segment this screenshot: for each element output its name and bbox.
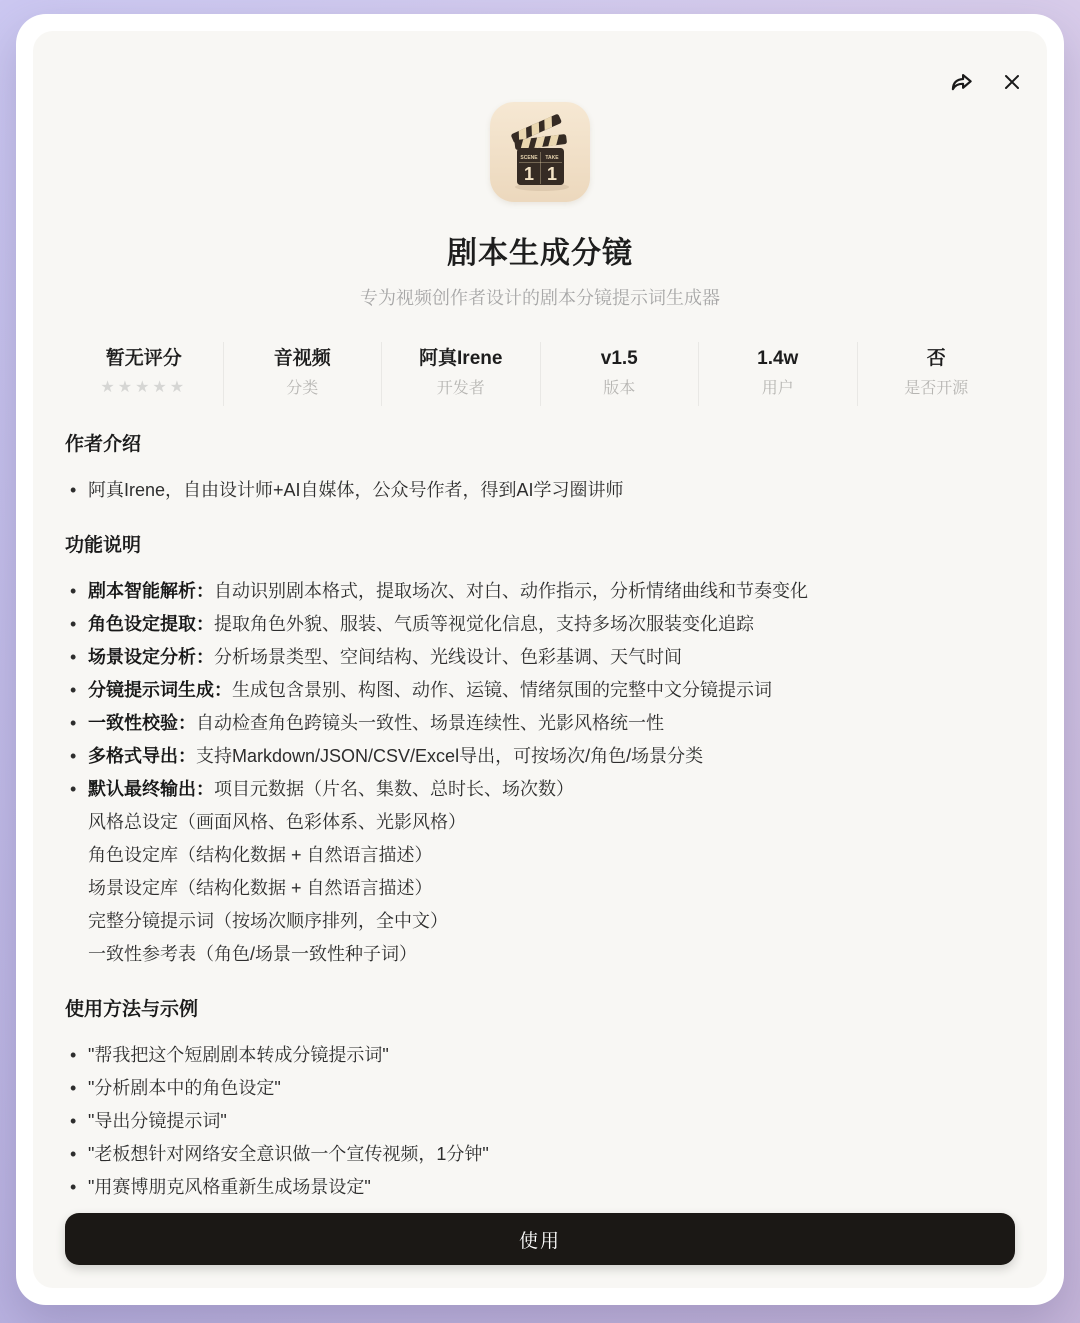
category-label: 分类	[224, 378, 382, 400]
app-detail-panel: SCENE TAKE 1 1 剧本生成分镜 专为视频创作者设计的剧本分镜提示词生…	[33, 31, 1047, 1288]
list-item: •"分析剧本中的角色设定"	[65, 1072, 1015, 1105]
bullet-dot: •	[70, 1138, 76, 1171]
list-item: •阿真Irene，自由设计师+AI自媒体，公众号作者，得到AI学习圈讲师	[65, 474, 1015, 507]
feature-sub-text: 一致性参考表（角色/场景一致性种子词）	[88, 944, 417, 964]
feature-title: 剧本智能解析：	[88, 581, 214, 601]
author-item-text: 阿真Irene，自由设计师+AI自媒体，公众号作者，得到AI学习圈讲师	[88, 480, 624, 500]
bullet-dot: •	[70, 1039, 76, 1072]
feature-text: 提取角色外貌、服装、气质等视觉化信息，支持多场次服装变化追踪	[214, 614, 754, 634]
close-button[interactable]	[997, 67, 1027, 97]
feature-text: 支持Markdown/JSON/CSV/Excel导出，可按场次/角色/场景分类	[196, 746, 703, 766]
feature-title: 角色设定提取：	[88, 614, 214, 634]
list-item: •"导出分镜提示词"	[65, 1105, 1015, 1138]
close-icon	[1000, 70, 1024, 94]
bullet-dot: •	[70, 1072, 76, 1105]
icon-take-label: TAKE	[545, 155, 559, 161]
open-source-label: 是否开源	[858, 378, 1016, 400]
stats-row: 暂无评分 ★★★★★ 音视频 分类 阿真Irene 开发者 v1.5 版本 1.…	[65, 342, 1015, 406]
share-forward-icon	[949, 69, 975, 95]
bullet-dot: •	[70, 740, 76, 773]
open-source-value: 否	[858, 346, 1016, 372]
feature-text: 项目元数据（片名、集数、总时长、场次数）	[214, 779, 574, 799]
use-button[interactable]: 使用	[65, 1213, 1015, 1265]
usage-item-text: "老板想针对网络安全意识做一个宣传视频，1分钟"	[88, 1144, 489, 1164]
stat-developer: 阿真Irene 开发者	[382, 342, 541, 406]
stat-version: v1.5 版本	[541, 342, 700, 406]
modal-actions	[947, 67, 1027, 97]
category-value: 音视频	[224, 346, 382, 372]
feature-title: 场景设定分析：	[88, 647, 214, 667]
list-item: •剧本智能解析：自动识别剧本格式，提取场次、对白、动作指示，分析情绪曲线和节奏变…	[65, 575, 1015, 608]
feature-title: 多格式导出：	[88, 746, 196, 766]
stat-users: 1.4w 用户	[699, 342, 858, 406]
scroll-area[interactable]: SCENE TAKE 1 1 剧本生成分镜 专为视频创作者设计的剧本分镜提示词生…	[33, 31, 1047, 1197]
list-item-continuation: 风格总设定（画面风格、色彩体系、光影风格）	[65, 806, 1015, 839]
app-subtitle: 专为视频创作者设计的剧本分镜提示词生成器	[65, 284, 1015, 312]
modal-footer: 使用	[33, 1205, 1047, 1288]
feature-text: 自动识别剧本格式，提取场次、对白、动作指示，分析情绪曲线和节奏变化	[214, 581, 808, 601]
stat-rating: 暂无评分 ★★★★★	[65, 342, 224, 406]
feature-sub-text: 角色设定库（结构化数据 + 自然语言描述）	[88, 845, 433, 865]
feature-text: 分析场景类型、空间结构、光线设计、色彩基调、天气时间	[214, 647, 682, 667]
users-value: 1.4w	[699, 346, 857, 372]
bullet-dot: •	[70, 674, 76, 707]
bullet-dot: •	[70, 575, 76, 608]
stat-category: 音视频 分类	[224, 342, 383, 406]
author-list: •阿真Irene，自由设计师+AI自媒体，公众号作者，得到AI学习圈讲师	[65, 474, 1015, 507]
feature-sub-text: 风格总设定（画面风格、色彩体系、光影风格）	[88, 812, 466, 832]
version-value: v1.5	[541, 346, 699, 372]
feature-title: 默认最终输出：	[88, 779, 214, 799]
feature-sub-text: 场景设定库（结构化数据 + 自然语言描述）	[88, 878, 433, 898]
bullet-dot: •	[70, 474, 76, 507]
feature-text: 自动检查角色跨镜头一致性、场景连续性、光影风格统一性	[196, 713, 664, 733]
bullet-dot: •	[70, 641, 76, 674]
list-item-continuation: 角色设定库（结构化数据 + 自然语言描述）	[65, 839, 1015, 872]
icon-scene-label: SCENE	[520, 155, 538, 161]
usage-item-text: "用赛博朋克风格重新生成场景设定"	[88, 1177, 371, 1197]
bullet-dot: •	[70, 1105, 76, 1138]
users-label: 用户	[699, 378, 857, 400]
list-item: •"帮我把这个短剧剧本转成分镜提示词"	[65, 1039, 1015, 1072]
list-item: •默认最终输出：项目元数据（片名、集数、总时长、场次数）	[65, 773, 1015, 806]
star-rating-icons: ★★★★★	[65, 376, 223, 400]
clapperboard-icon: SCENE TAKE 1 1	[490, 102, 590, 202]
usage-item-text: "分析剧本中的角色设定"	[88, 1078, 281, 1098]
rating-value: 暂无评分	[65, 346, 223, 372]
list-item: •"老板想针对网络安全意识做一个宣传视频，1分钟"	[65, 1138, 1015, 1171]
section-usage-heading: 使用方法与示例	[65, 997, 1015, 1023]
list-item: •分镜提示词生成：生成包含景别、构图、动作、运镜、情绪氛围的完整中文分镜提示词	[65, 674, 1015, 707]
bullet-dot: •	[70, 608, 76, 641]
usage-item-text: "导出分镜提示词"	[88, 1111, 227, 1131]
developer-value: 阿真Irene	[382, 346, 540, 372]
usage-item-text: "帮我把这个短剧剧本转成分镜提示词"	[88, 1045, 389, 1065]
bullet-dot: •	[70, 1171, 76, 1197]
feature-sub-text: 完整分镜提示词（按场次顺序排列，全中文）	[88, 911, 448, 931]
bullet-dot: •	[70, 773, 76, 806]
list-item: •"用赛博朋克风格重新生成场景设定"	[65, 1171, 1015, 1197]
section-features-heading: 功能说明	[65, 533, 1015, 559]
section-author-heading: 作者介绍	[65, 432, 1015, 458]
feature-title: 分镜提示词生成：	[88, 680, 232, 700]
feature-text: 生成包含景别、构图、动作、运镜、情绪氛围的完整中文分镜提示词	[232, 680, 772, 700]
stat-open-source: 否 是否开源	[858, 342, 1016, 406]
feature-list: •剧本智能解析：自动识别剧本格式，提取场次、对白、动作指示，分析情绪曲线和节奏变…	[65, 575, 1015, 971]
app-icon: SCENE TAKE 1 1	[490, 102, 590, 202]
list-item: •一致性校验：自动检查角色跨镜头一致性、场景连续性、光影风格统一性	[65, 707, 1015, 740]
list-item: •场景设定分析：分析场景类型、空间结构、光线设计、色彩基调、天气时间	[65, 641, 1015, 674]
icon-take-number: 1	[547, 164, 557, 184]
list-item: •多格式导出：支持Markdown/JSON/CSV/Excel导出，可按场次/…	[65, 740, 1015, 773]
list-item-continuation: 完整分镜提示词（按场次顺序排列，全中文）	[65, 905, 1015, 938]
list-item-continuation: 场景设定库（结构化数据 + 自然语言描述）	[65, 872, 1015, 905]
app-detail-card: SCENE TAKE 1 1 剧本生成分镜 专为视频创作者设计的剧本分镜提示词生…	[16, 14, 1064, 1305]
icon-scene-number: 1	[524, 164, 534, 184]
page-title: 剧本生成分镜	[65, 232, 1015, 276]
list-item: •角色设定提取：提取角色外貌、服装、气质等视觉化信息，支持多场次服装变化追踪	[65, 608, 1015, 641]
usage-list: •"帮我把这个短剧剧本转成分镜提示词" •"分析剧本中的角色设定" •"导出分镜…	[65, 1039, 1015, 1197]
share-button[interactable]	[947, 67, 977, 97]
bullet-dot: •	[70, 707, 76, 740]
list-item-continuation: 一致性参考表（角色/场景一致性种子词）	[65, 938, 1015, 971]
version-label: 版本	[541, 378, 699, 400]
developer-label: 开发者	[382, 378, 540, 400]
feature-title: 一致性校验：	[88, 713, 196, 733]
